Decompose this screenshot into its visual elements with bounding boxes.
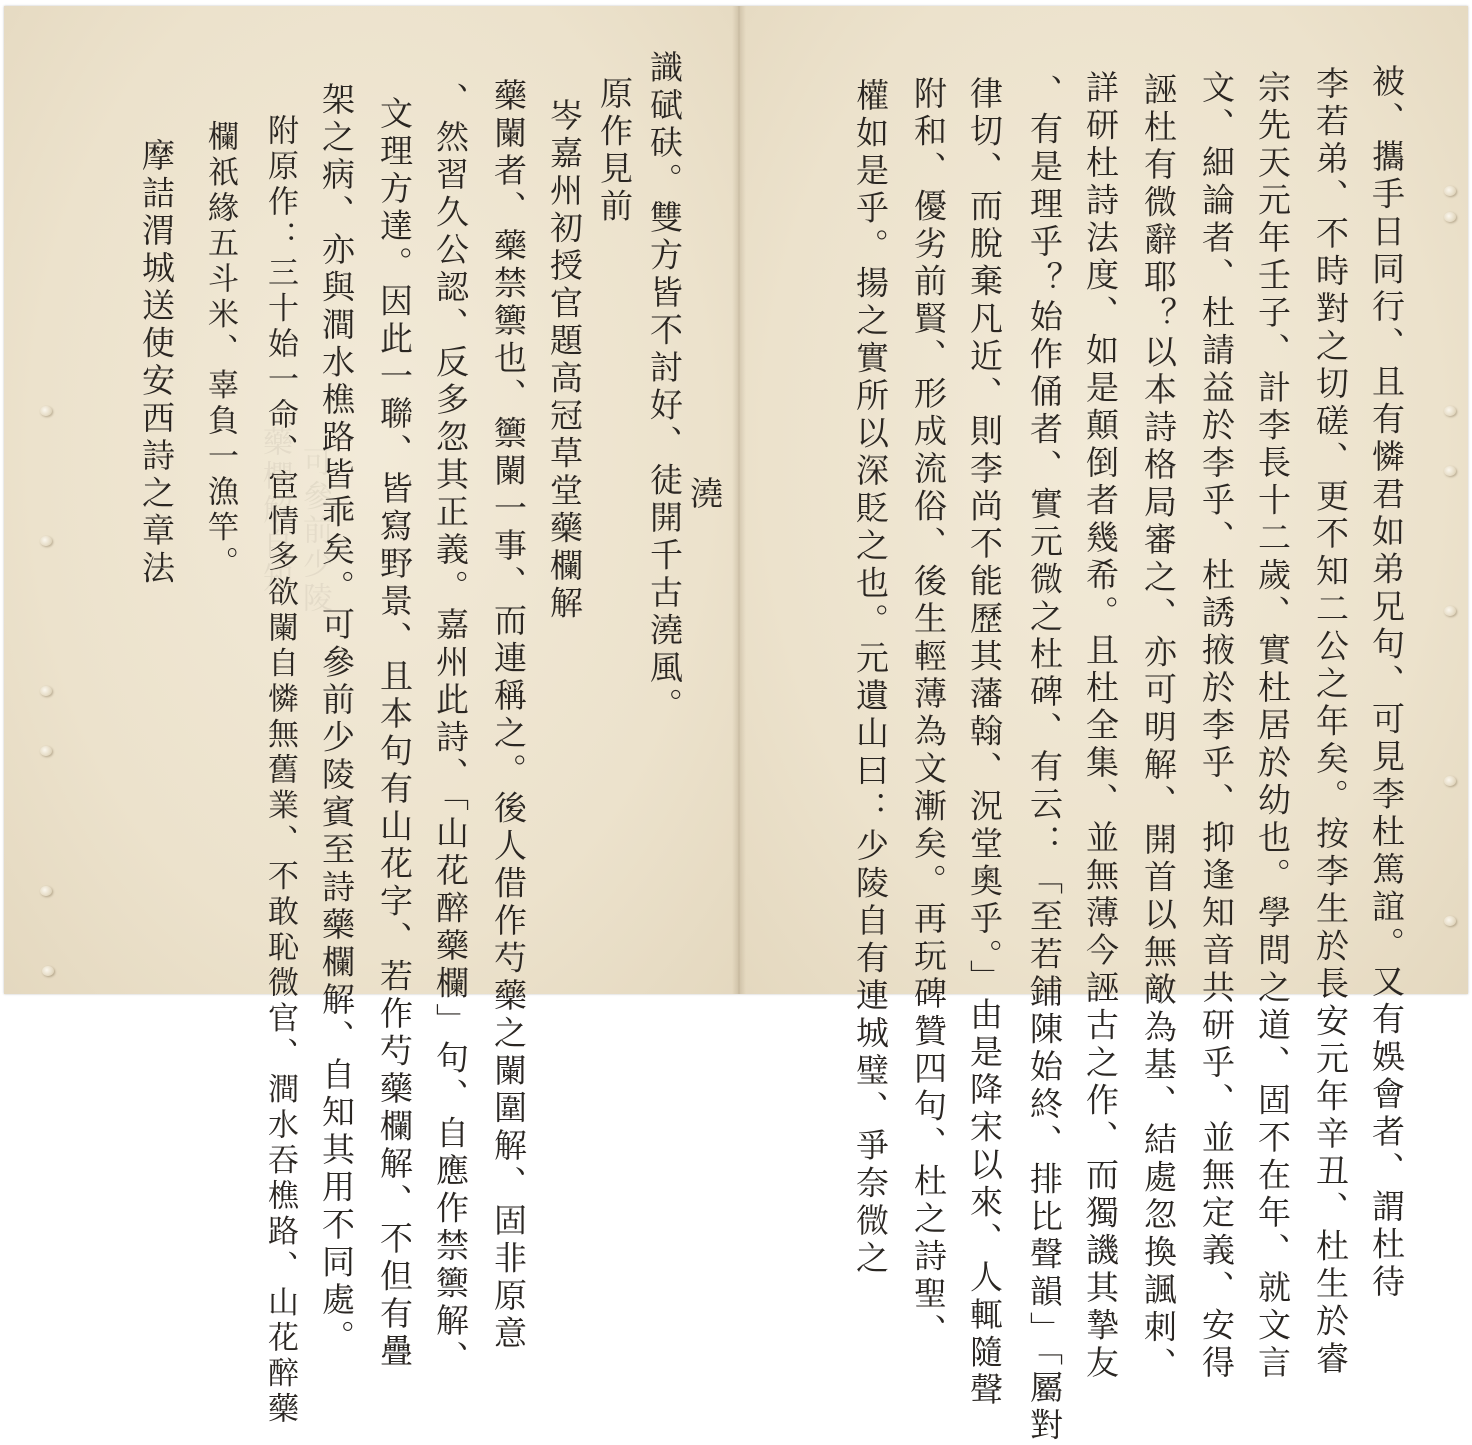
text-column: 誣杜有微辭耶？以本詩格局審之、亦可明解、開首以無敵為基、結處忽換諷刺、: [1138, 72, 1178, 1000]
binding-hole: [40, 536, 52, 546]
binding-hole: [42, 966, 54, 976]
binding-hole: [1444, 606, 1456, 616]
text-column: 架之病、亦與澗水樵路皆乖矣。可參前少陵賓至詩藥欄解、自知其用不同處。: [316, 82, 356, 1000]
right-page: 被、攜手日同行、且有憐君如弟兄句、可見李杜篤誼。又有娛會者、謂杜待 李若弟、不時…: [738, 6, 1468, 994]
binding-hole: [1444, 186, 1456, 196]
text-column: 、然習久公認、反多忽其正義。嘉州此詩、「山花醉藥欄」句、自應作禁籞解、: [430, 82, 470, 1000]
text-column: 詳研杜詩法度、如是顛倒者幾希。且杜全集、並無薄今誣古之作、而獨譏其摯友: [1080, 70, 1120, 1000]
binding-hole: [1444, 776, 1456, 786]
book-spread: 藥欄解自知 可參前少陵 識碔砆。雙方皆不討好、徒開千古澆風。 原作見前 岑嘉州初…: [4, 6, 1468, 994]
text-column: 權如是乎。揚之實所以深貶之也。元遺山曰：少陵自有連城璧、爭奈微之: [850, 78, 890, 1000]
text-column-heading-note: 原作見前: [594, 76, 634, 226]
text-column: 李若弟、不時對之切磋、更不知二公之年矣。按李生於長安元年辛丑、杜生於睿: [1310, 66, 1350, 1000]
binding-hole: [1444, 212, 1456, 222]
text-column: 附和、優劣前賢、形成流俗、後生輕薄為文漸矣。再玩碑贊四句、杜之詩聖、: [908, 76, 948, 1000]
binding-hole: [40, 746, 52, 756]
text-column: 文理方達。因此一聯、皆寫野景、且本句有山花字、若作芍藥欄解、不但有疊: [374, 96, 414, 1000]
text-column: 附原作：三十始一命、宦情多欲闌自憐無舊業、不敢恥微官、澗水吞樵路、山花醉藥: [260, 114, 300, 1000]
text-column: 藥闌者、藥禁籞也、籞闌一事、而連稱之。後人借作芍藥之闌圍解、固非原意: [488, 78, 528, 1000]
text-column: 識碔砆。雙方皆不討好、徒開千古澆風。: [644, 50, 684, 725]
binding-hole: [40, 686, 52, 696]
center-fold: [732, 6, 746, 994]
text-column: 欄祇緣五斗米、辜負一漁竿。: [200, 120, 240, 582]
text-column: 宗先天元年壬子、計李長十二歲、實杜居於幼也。學問之道、固不在年、就文言: [1252, 70, 1292, 1000]
binding-hole: [1444, 466, 1456, 476]
binding-hole: [1444, 916, 1456, 926]
text-column: 文、細論者、杜請益於李乎、杜誘掖於李乎、抑逢知音共研乎、並無定義、安得: [1196, 70, 1236, 1000]
marginal-character: 澆: [684, 476, 724, 514]
text-column: 被、攜手日同行、且有憐君如弟兄句、可見李杜篤誼。又有娛會者、謂杜待: [1366, 64, 1406, 1000]
text-column: 、有是理乎？始作俑者、實元微之杜碑、有云：「至若鋪陳始終、排比聲韻」「屬對: [1024, 74, 1064, 1000]
text-column: 律切、而脫棄凡近、則李尚不能歷其藩翰、況堂奧乎。」由是降宋以來、人輒隨聲: [964, 76, 1004, 1000]
section-title: 岑嘉州初授官題高冠草堂藥欄解: [544, 98, 584, 623]
binding-hole: [40, 406, 52, 416]
section-title: 摩詰渭城送使安西詩之章法: [136, 138, 176, 588]
binding-hole: [1444, 406, 1456, 416]
left-page: 藥欄解自知 可參前少陵 識碔砆。雙方皆不討好、徒開千古澆風。 原作見前 岑嘉州初…: [4, 6, 738, 994]
binding-hole: [40, 886, 52, 896]
